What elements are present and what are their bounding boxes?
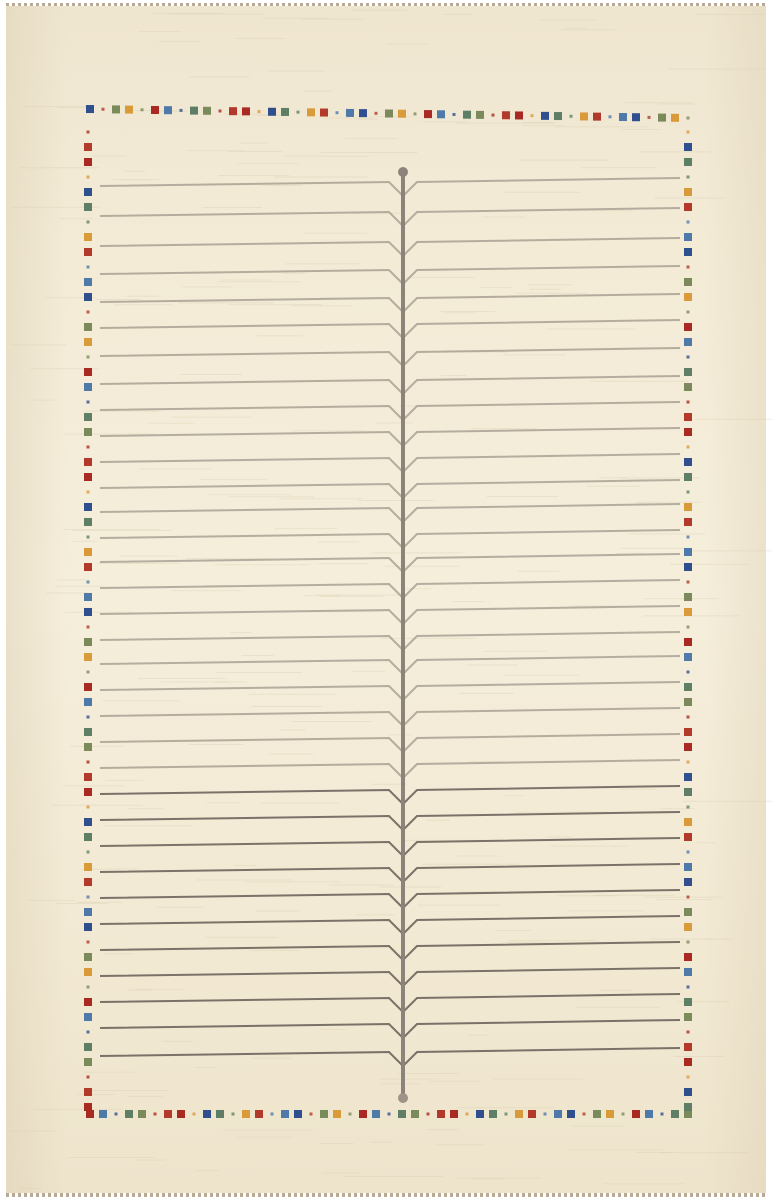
rug-pattern (0, 0, 772, 1200)
